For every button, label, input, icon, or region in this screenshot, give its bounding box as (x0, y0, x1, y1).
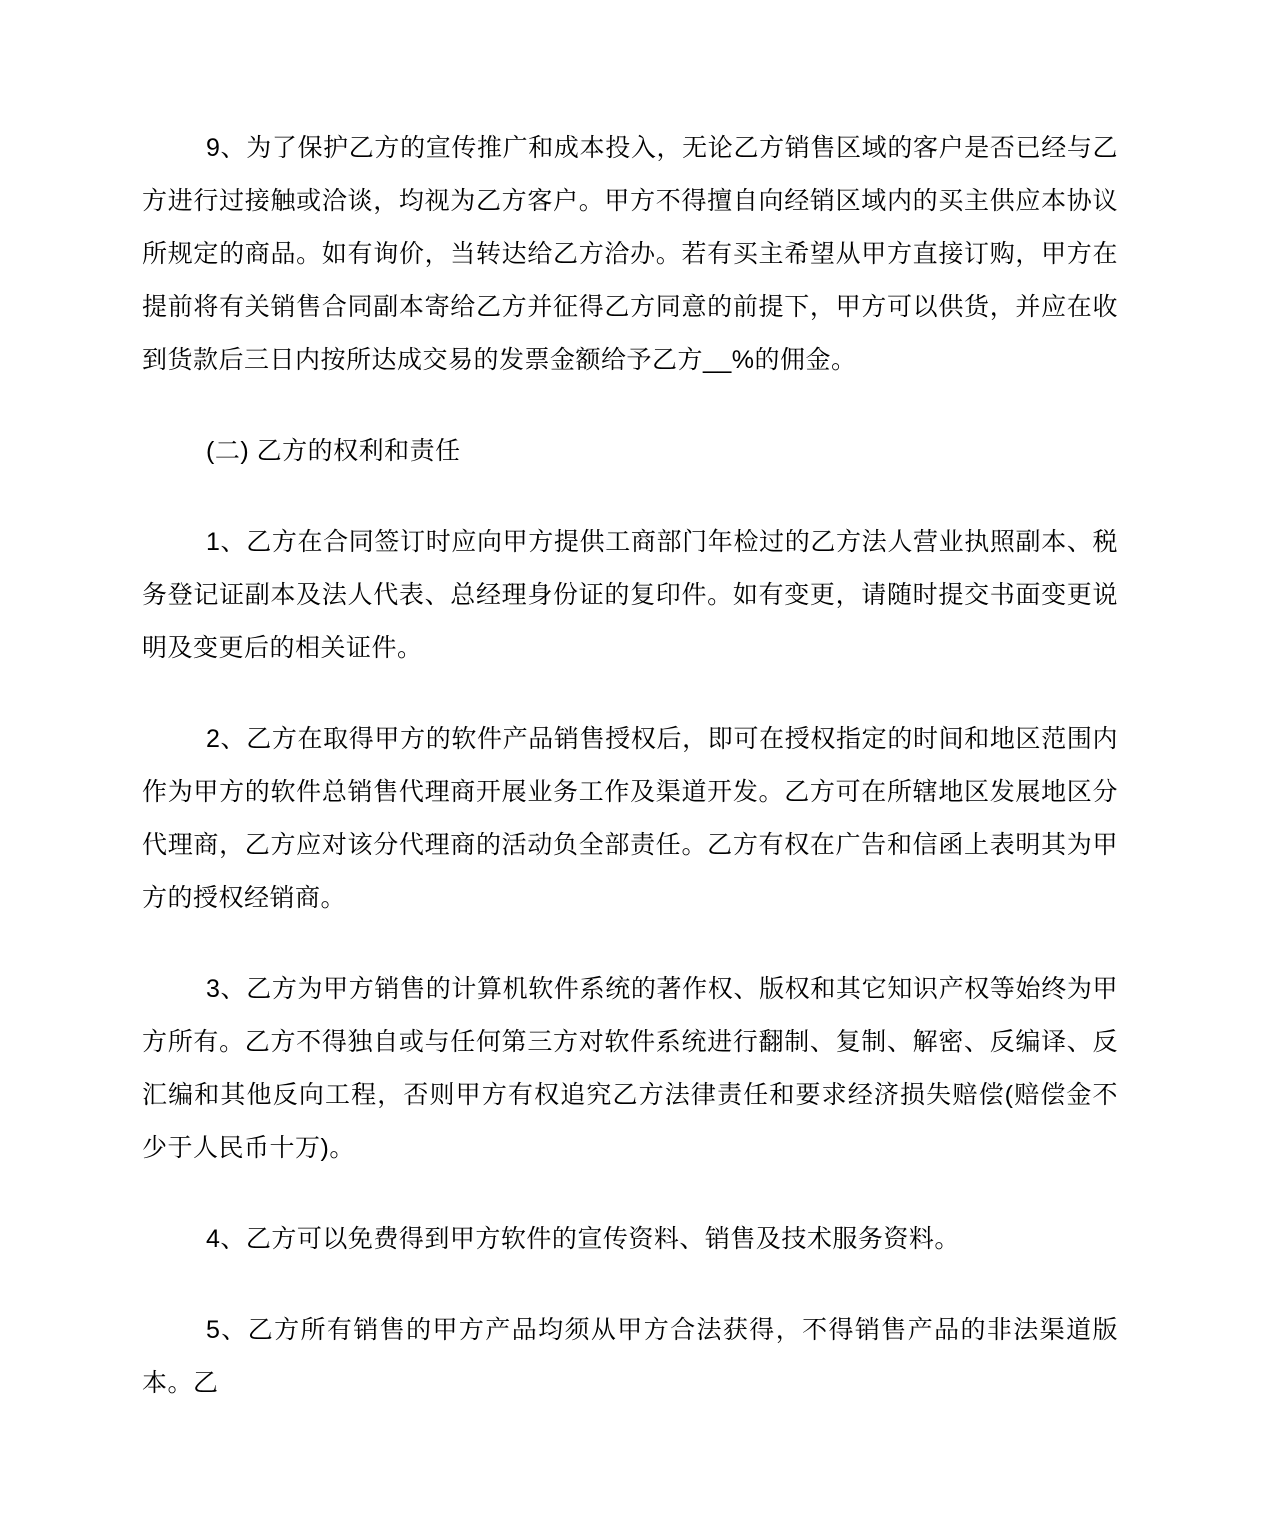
paragraph-clause-4: 4、乙方可以免费得到甲方软件的宣传资料、销售及技术服务资料。 (142, 1213, 1118, 1266)
paragraph-clause-3: 3、乙方为甲方销售的计算机软件系统的著作权、版权和其它知识产权等始终为甲方所有。… (142, 963, 1118, 1175)
section-heading-party-b-rights: (二) 乙方的权利和责任 (142, 425, 1118, 478)
document-page: 9、为了保护乙方的宣传推广和成本投入，无论乙方销售区域的客户是否已经与乙方进行过… (0, 0, 1280, 1521)
paragraph-clause-5-truncated: 5、乙方所有销售的甲方产品均须从甲方合法获得，不得销售产品的非法渠道版本。乙 (142, 1304, 1118, 1410)
paragraph-clause-9: 9、为了保护乙方的宣传推广和成本投入，无论乙方销售区域的客户是否已经与乙方进行过… (142, 122, 1118, 387)
paragraph-clause-2: 2、乙方在取得甲方的软件产品销售授权后，即可在授权指定的时间和地区范围内作为甲方… (142, 713, 1118, 925)
paragraph-clause-1: 1、乙方在合同签订时应向甲方提供工商部门年检过的乙方法人营业执照副本、税务登记证… (142, 516, 1118, 675)
